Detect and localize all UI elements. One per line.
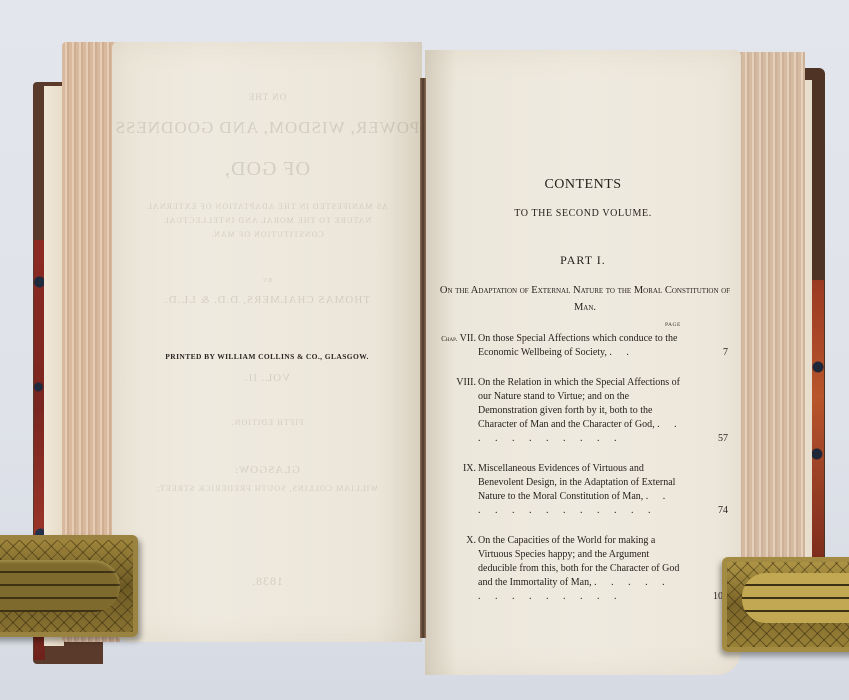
page-number: 7 [723,346,728,360]
chapter-number: VIII. [438,376,476,390]
printer-imprint: PRINTED BY WILLIAM COLLINS & CO., GLASGO… [112,352,422,361]
page-number: 74 [718,504,728,518]
toc-entry: IX. Miscellaneous Evidences of Virtuous … [438,462,684,518]
toc-entry: VIII. On the Relation in which the Speci… [438,376,684,446]
chapter-number: VII. [460,333,476,344]
bleed-through-text: 1838. [112,574,422,589]
bleed-through-text: CONSTITUTION OF MAN. [112,230,422,239]
toc-entry: Chap.VII. On those Special Affections wh… [438,332,684,360]
bleed-through-text: GLASGOW: [112,464,422,476]
bleed-through-text: FIFTH EDITION. [112,418,422,427]
chapter-number: IX. [438,462,476,476]
bleed-through-text: BY [112,278,422,284]
bleed-through-text: NATURE TO THE MORAL AND INTELLECTUAL [112,216,422,225]
bleed-through-text: OF GOD, [112,158,422,181]
page-edges-right [735,52,805,607]
bleed-through-text: ON THE [112,92,422,102]
chapter-title: On those Special Affections which conduc… [478,333,678,358]
bleed-through-text: POWER, WISDOM, AND GOODNESS [112,118,422,138]
contents-subtitle: TO THE SECOND VOLUME. [425,208,741,219]
brass-hand-fingers-right-icon [742,573,849,623]
bleed-through-text: THOMAS CHALMERS, D.D. & LL.D. [112,294,422,306]
page-number: 57 [718,432,728,446]
bleed-through-text: VOL. II. [112,372,422,384]
brass-hand-fingers-left-icon [0,560,120,612]
table-of-contents: Chap.VII. On those Special Affections wh… [438,332,684,616]
leader-dots: . . [609,347,635,358]
part-heading: On the Adaptation of External Nature to … [435,282,735,316]
chapter-number: X. [438,534,476,548]
page-column-label: PAGE [665,322,681,328]
part-title: PART I. [425,253,741,268]
bleed-through-text: AS MANIFESTED IN THE ADAPTATION OF EXTER… [112,202,422,211]
chapter-title: On the Relation in which the Special Aff… [478,377,680,430]
contents-title: CONTENTS [425,177,741,193]
book-gutter [420,78,426,638]
bleed-through-text: WILLIAM COLLINS, SOUTH FREDERICK STREET; [112,484,422,493]
toc-entry: X. On the Capacities of the World for ma… [438,534,684,604]
chap-label: Chap. [441,335,457,343]
marbled-board-right [812,280,824,570]
